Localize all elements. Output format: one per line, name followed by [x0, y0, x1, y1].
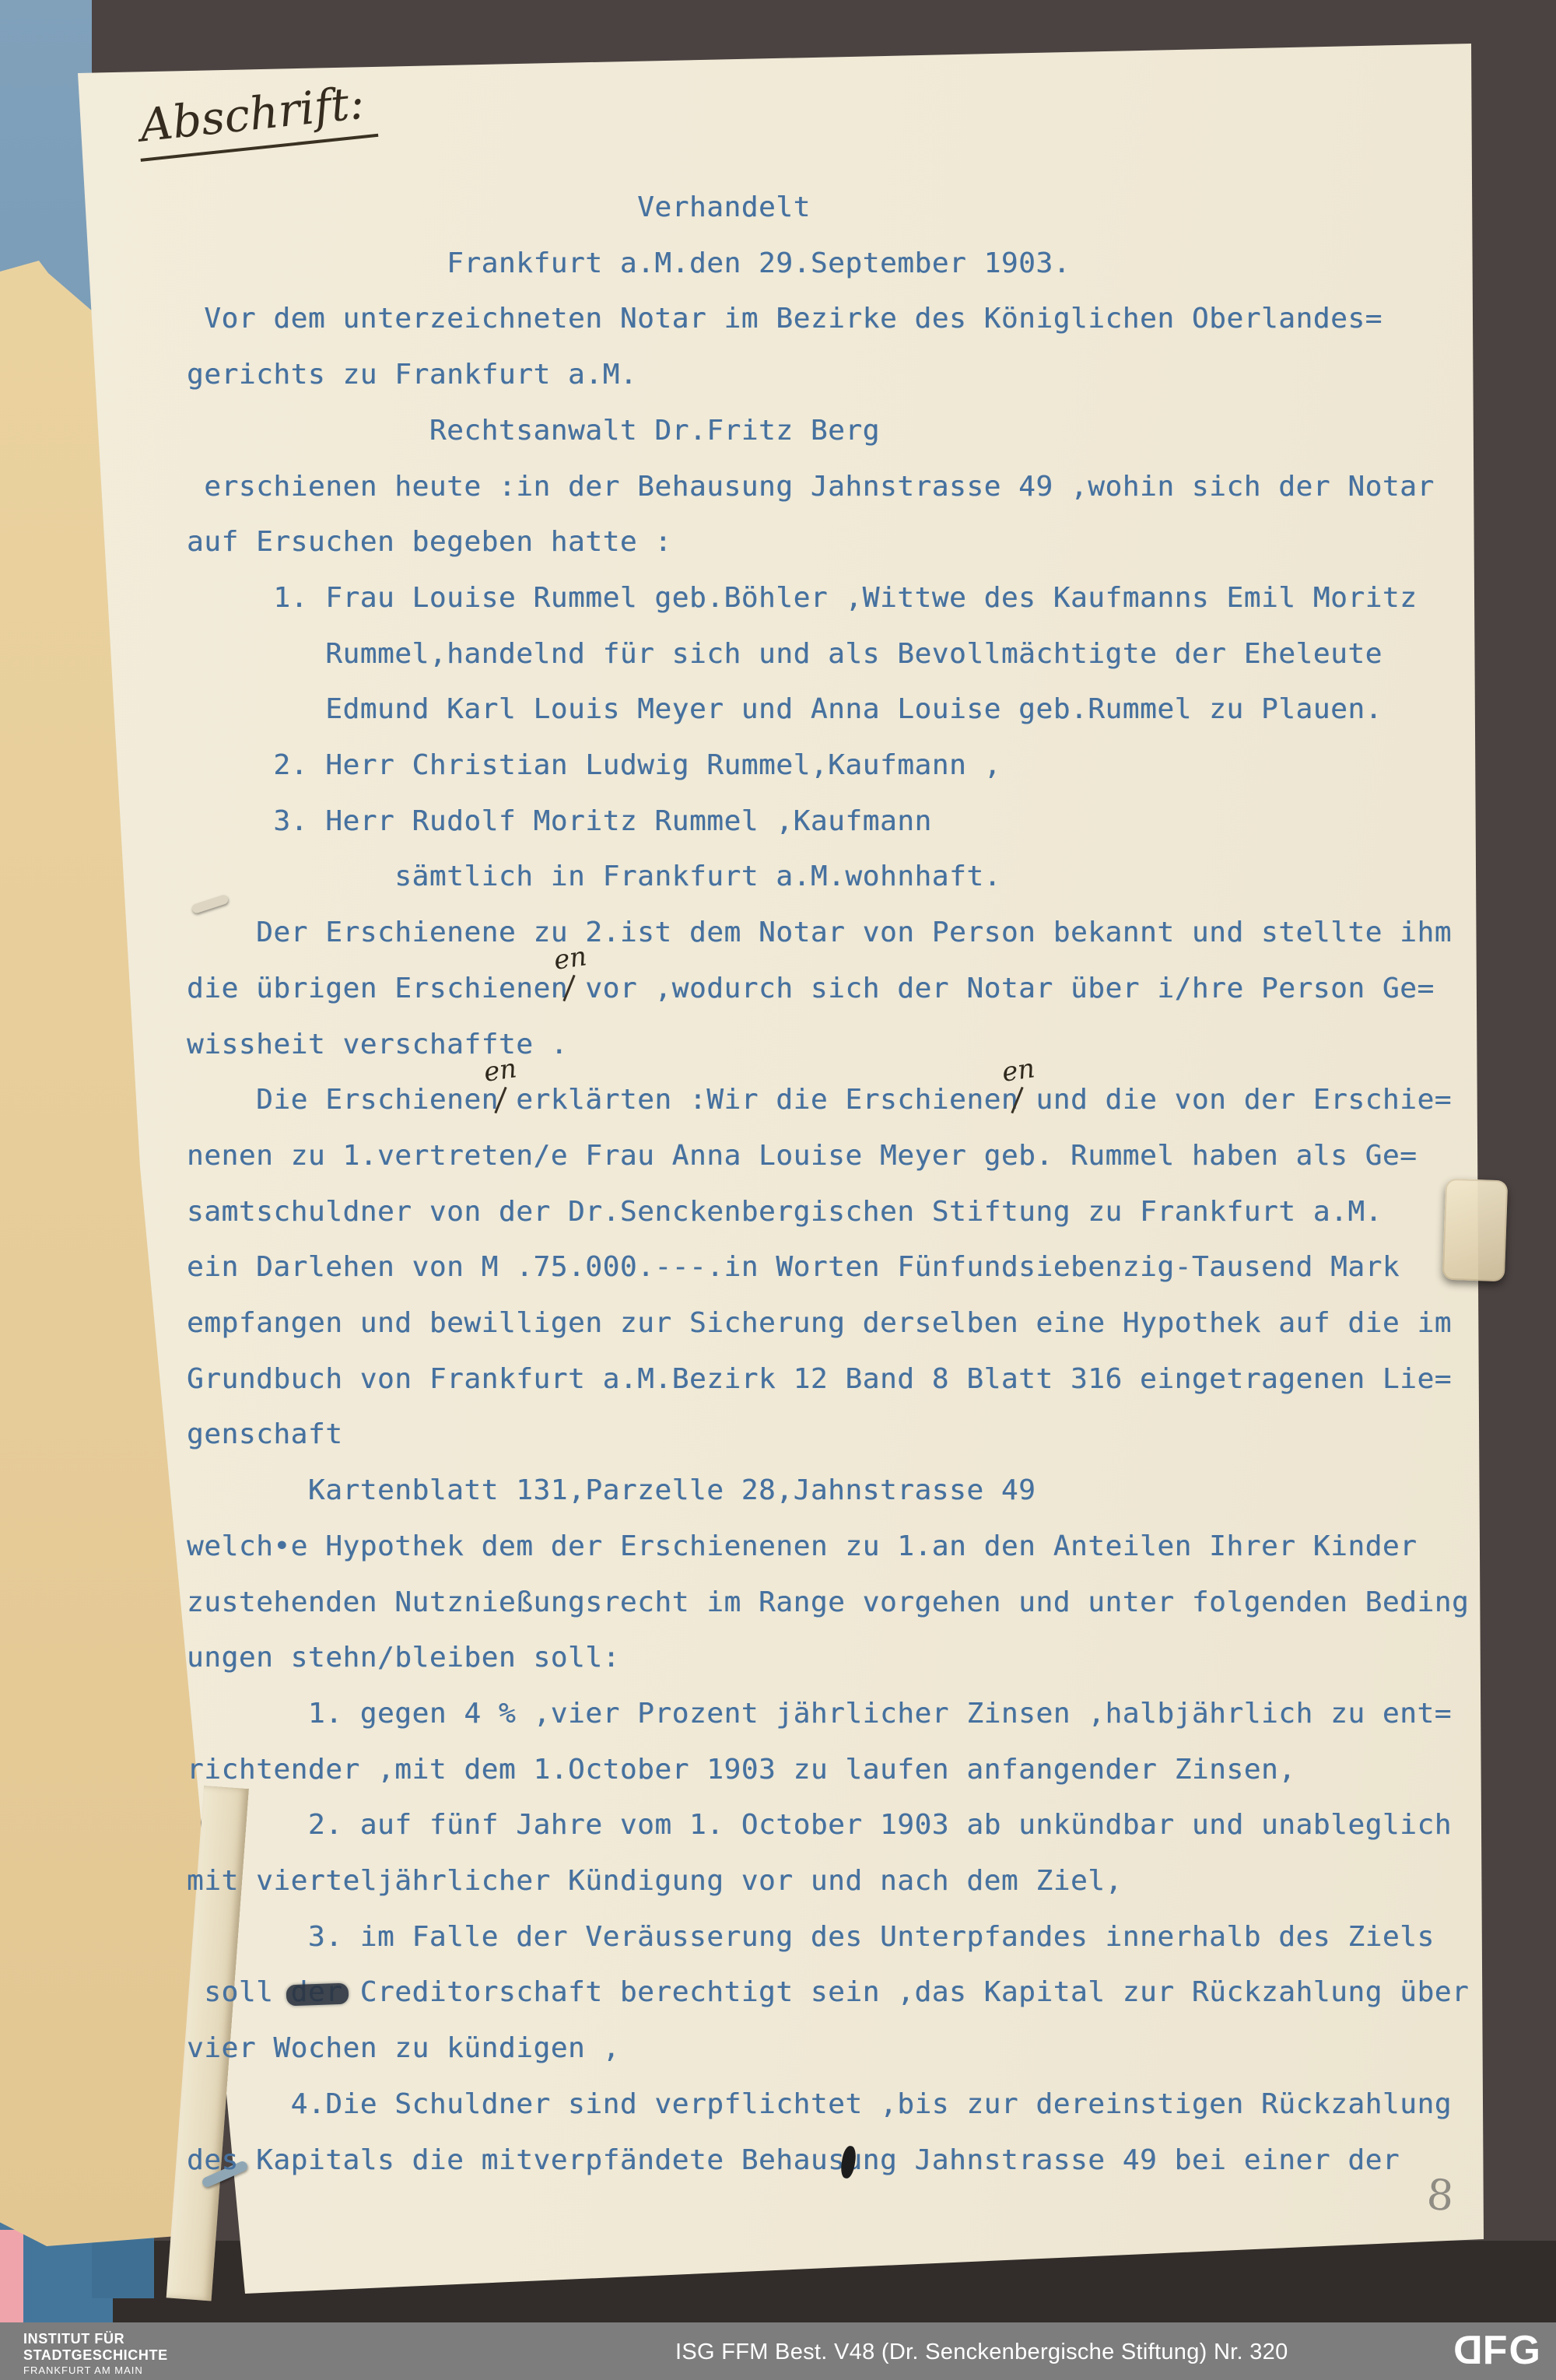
typewritten-line: nenen zu 1.vertreten/e Frau Anna Louise … [187, 1139, 1417, 1173]
typewritten-line: ein Darlehen von M .75.000.---.in Worten… [187, 1250, 1400, 1285]
institution-line: INSTITUT FÜR [23, 2331, 168, 2347]
typewritten-line: welch•e Hypothek dem der Erschienenen zu… [187, 1530, 1417, 1564]
typewritten-line: richtender ,mit dem 1.October 1903 zu la… [187, 1753, 1296, 1787]
pencil-page-number: 8 [1425, 2170, 1456, 2221]
typewritten-line: empfangen und bewilligen zur Sicherung d… [187, 1306, 1452, 1341]
dfg-logo: DFG [1452, 2327, 1542, 2374]
dfg-logo-letter: D [1452, 2327, 1483, 2374]
typewritten-line: gerichts zu Frankfurt a.M. [187, 358, 637, 392]
paper-fastener-tab [1442, 1179, 1508, 1282]
typewritten-line: erschienen heute :in der Behausung Jahns… [187, 470, 1435, 504]
typewritten-line: Die Erschienen erklärten :Wir die Erschi… [187, 1083, 1452, 1117]
institution-line: STADTGESCHICHTE [23, 2347, 168, 2364]
typewritten-line: 4.Die Schuldner sind verpflichtet ,bis z… [187, 2087, 1452, 2122]
typewritten-line: die übrigen Erschienen vor ,wodurch sich… [187, 972, 1435, 1006]
typewritten-line: Kartenblatt 131,Parzelle 28,Jahnstrasse … [187, 1474, 1036, 1508]
typewritten-line: 2. Herr Christian Ludwig Rummel,Kaufmann… [187, 748, 1001, 783]
typewritten-line: ungen stehn/bleiben soll: [187, 1641, 620, 1675]
typewritten-line: Rechtsanwalt Dr.Fritz Berg [187, 414, 880, 448]
viewer-footer-bar: INSTITUT FÜR STADTGESCHICHTE FRANKFURT A… [0, 2322, 1556, 2380]
archive-reference: ISG FFM Best. V48 (Dr. Senckenbergische … [675, 2340, 1288, 2365]
typewritten-line: soll der Creditorschaft berechtigt sein … [187, 1975, 1469, 2010]
typewritten-line: Edmund Karl Louis Meyer und Anna Louise … [187, 692, 1383, 727]
typewritten-line: auf Ersuchen begeben hatte : [187, 525, 672, 559]
typewritten-line: 2. auf fünf Jahre vom 1. October 1903 ab… [187, 1808, 1452, 1842]
typewritten-line: Verhandelt [187, 191, 811, 225]
typewritten-line: des Kapitals die mitverpfändete Behausun… [187, 2143, 1400, 2178]
institution-logo-text: INSTITUT FÜR STADTGESCHICHTE FRANKFURT A… [23, 2331, 168, 2377]
typewritten-line: 1. gegen 4 % ,vier Prozent jährlicher Zi… [187, 1697, 1452, 1731]
typewritten-line: Frankfurt a.M.den 29.September 1903. [187, 247, 1071, 281]
typewritten-line: samtschuldner von der Dr.Senckenbergisch… [187, 1195, 1383, 1229]
handwritten-insertion: en [1000, 1053, 1036, 1088]
typewritten-line: vier Wochen zu kündigen , [187, 2031, 620, 2066]
typewritten-line: 1. Frau Louise Rummel geb.Böhler ,Wittwe… [187, 581, 1417, 615]
typewritten-line: mit vierteljährlicher Kündigung vor und … [187, 1864, 1123, 1898]
institution-line: FRANKFURT AM MAIN [23, 2364, 168, 2377]
typewritten-line: 3. im Falle der Veräusserung des Unterpf… [187, 1920, 1435, 1954]
typewritten-line: Der Erschienene zu 2.ist dem Notar von P… [187, 916, 1452, 950]
typewritten-line: 3. Herr Rudolf Moritz Rummel ,Kaufmann [187, 804, 932, 839]
archival-scan: Verhandelt Frankfurt a.M.den 29.Septembe… [0, 0, 1556, 2380]
typewritten-line: zustehenden Nutznießungsrecht im Range v… [187, 1586, 1469, 1620]
document-page [0, 0, 1556, 2380]
handwritten-insertion: en [552, 941, 588, 976]
typewritten-line: Vor dem unterzeichneten Notar im Bezirke… [187, 302, 1383, 336]
typewritten-line: Grundbuch von Frankfurt a.M.Bezirk 12 Ba… [187, 1362, 1452, 1397]
handwritten-insertion: en [482, 1053, 518, 1088]
typewritten-line: genschaft [187, 1418, 342, 1452]
ink-strikethrough [286, 1983, 349, 2007]
typewritten-line: sämtlich in Frankfurt a.M.wohnhaft. [187, 860, 1001, 894]
typewritten-line: Rummel,handelnd für sich und als Bevollm… [187, 637, 1383, 671]
